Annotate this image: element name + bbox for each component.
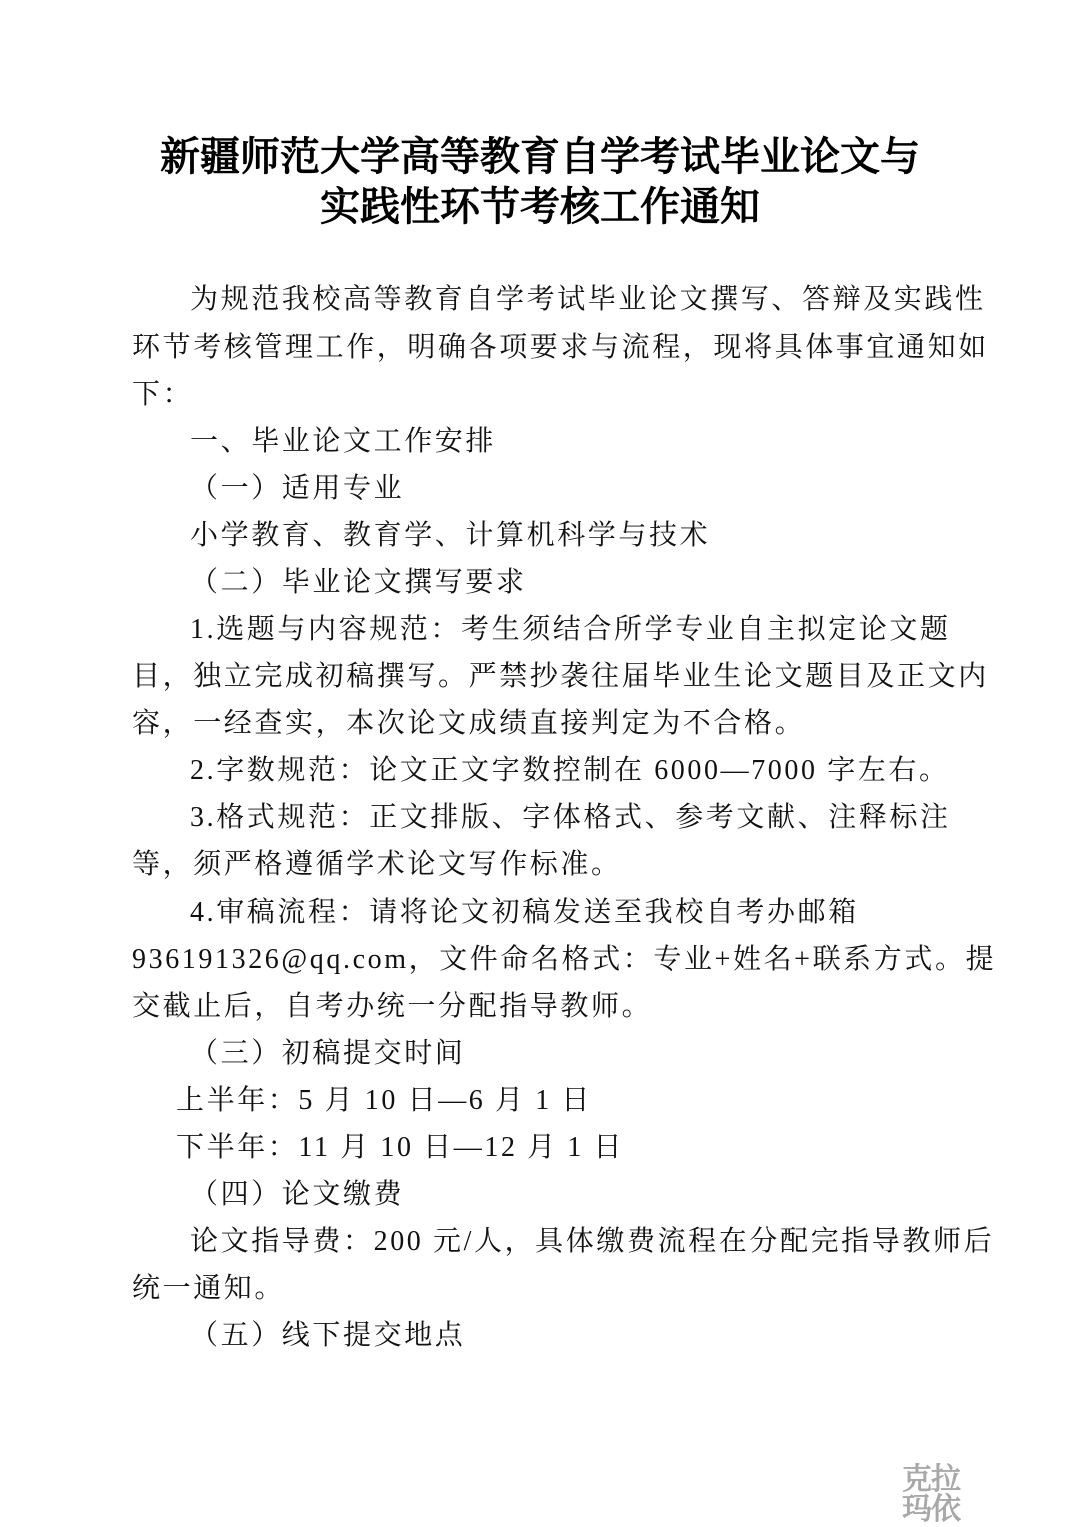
document-title-line-2: 实践性环节考核工作通知 bbox=[0, 184, 1080, 230]
intro-paragraph-line: 环节考核管理工作，明确各项要求与流程，现将具体事宜通知如 bbox=[132, 330, 944, 366]
second-half-dates: 下半年：11 月 10 日—12 月 1 日 bbox=[176, 1130, 988, 1166]
intro-paragraph-line: 为规范我校高等教育自学考试毕业论文撰写、答辩及实践性 bbox=[190, 282, 1002, 318]
payment-line: 论文指导费：200 元/人，具体缴费流程在分配完指导教师后 bbox=[190, 1224, 1002, 1260]
requirement-3-line: 等，须严格遵循学术论文写作标准。 bbox=[132, 847, 944, 883]
majors-list: 小学教育、教育学、计算机科学与技术 bbox=[190, 518, 1002, 554]
requirement-1-line: 目，独立完成初稿撰写。严禁抄袭往届毕业生论文题目及正文内 bbox=[132, 659, 944, 695]
requirement-1-line: 容，一经查实，本次论文成绩直接判定为不合格。 bbox=[132, 706, 944, 742]
payment-line: 统一通知。 bbox=[132, 1271, 944, 1307]
first-half-dates: 上半年：5 月 10 日—6 月 1 日 bbox=[176, 1083, 988, 1119]
watermark-logo: 克拉玛依 bbox=[902, 1465, 966, 1525]
subsection-heading-payment: （四）论文缴费 bbox=[190, 1177, 1002, 1213]
requirement-4-line: 4.审稿流程：请将论文初稿发送至我校自考办邮箱 bbox=[190, 895, 1002, 931]
requirement-2-line: 2.字数规范：论文正文字数控制在 6000—7000 字左右。 bbox=[190, 753, 1002, 789]
subsection-heading-offline-location: （五）线下提交地点 bbox=[190, 1318, 1002, 1354]
requirement-4-email-line: 936191326@qq.com，文件命名格式：专业+姓名+联系方式。提 bbox=[132, 942, 944, 978]
document-title-line-1: 新疆师范大学高等教育自学考试毕业论文与 bbox=[0, 134, 1080, 180]
subsection-heading-writing-requirements: （二）毕业论文撰写要求 bbox=[190, 565, 1002, 601]
subsection-heading-submission-time: （三）初稿提交时间 bbox=[190, 1036, 1002, 1072]
subsection-heading-applicable-majors: （一）适用专业 bbox=[190, 471, 1002, 507]
requirement-3-line: 3.格式规范：正文排版、字体格式、参考文献、注释标注 bbox=[190, 800, 1002, 836]
requirement-1-line: 1.选题与内容规范：考生须结合所学专业自主拟定论文题 bbox=[190, 612, 1002, 648]
requirement-4-line: 交截止后，自考办统一分配指导教师。 bbox=[132, 989, 944, 1025]
section-heading-1: 一、毕业论文工作安排 bbox=[190, 424, 1002, 460]
document-page: 新疆师范大学高等教育自学考试毕业论文与 实践性环节考核工作通知 为规范我校高等教… bbox=[0, 0, 1080, 1527]
intro-paragraph-line: 下： bbox=[132, 377, 944, 413]
